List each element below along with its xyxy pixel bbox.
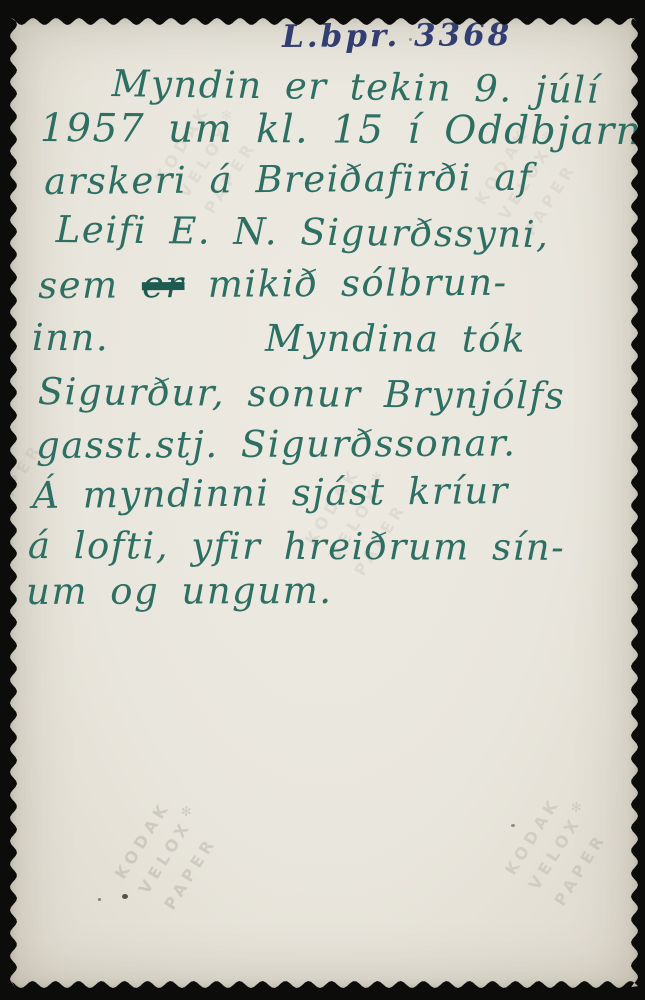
- star-icon: ✻: [178, 803, 197, 820]
- watermark-brand: KODAK: [0, 396, 7, 491]
- scanner-background: { "catalog": { "number": "L.bpr. 3368" }…: [0, 0, 645, 1000]
- handwriting-line: inn. Myndina tók: [32, 316, 526, 361]
- watermark-type: PAPER: [157, 821, 231, 916]
- watermark-type: PAPER: [547, 817, 621, 912]
- paper-speck: [122, 894, 128, 899]
- watermark-product: VELOX: [135, 816, 195, 897]
- handwriting-line: gasst.stj. Sigurðssonar.: [36, 421, 517, 467]
- watermark-brand: KODAK: [498, 786, 572, 881]
- paper-speck: [98, 898, 101, 901]
- watermark-brand: KODAK: [108, 790, 182, 885]
- catalog-number: L.bpr. 3368: [282, 17, 513, 55]
- handwriting-line: arskeri á Breiðafirði af: [44, 156, 533, 203]
- handwriting-line: sem er mikið sólbrun-: [38, 261, 508, 307]
- watermark-product: VELOX: [0, 422, 21, 503]
- paper-speck: [511, 824, 515, 827]
- handwriting-segment: sem: [38, 263, 141, 307]
- handwriting-line: Myndin er tekin 9. júlí: [111, 62, 600, 112]
- struck-out-word: er: [141, 263, 186, 306]
- star-icon: ✻: [4, 409, 23, 426]
- photo-paper-back: L.bpr. 3368 Myndin er tekin 9. júlí 1957…: [10, 18, 638, 988]
- handwriting-line: um og ungum.: [26, 569, 333, 613]
- handwriting-line: á lofti, yfir hreiðrum sín-: [28, 524, 565, 569]
- handwriting-segment: mikið sólbrun-: [185, 261, 507, 306]
- handwriting-line: Leifi E. N. Sigurðssyni,: [56, 208, 550, 256]
- paper-speck: [409, 38, 412, 41]
- handwriting-line: Sigurður, sonur Brynjólfs: [38, 370, 566, 418]
- kodak-velox-paper-watermark: KODAK VELOX✻ PAPER: [498, 786, 621, 911]
- handwriting-line: Á myndinni sjást kríur: [32, 469, 509, 517]
- star-icon: ✻: [568, 799, 587, 816]
- watermark-product: VELOX: [525, 812, 585, 893]
- handwriting-line: 1957 um kl. 15 í Oddbjarn-: [40, 106, 645, 154]
